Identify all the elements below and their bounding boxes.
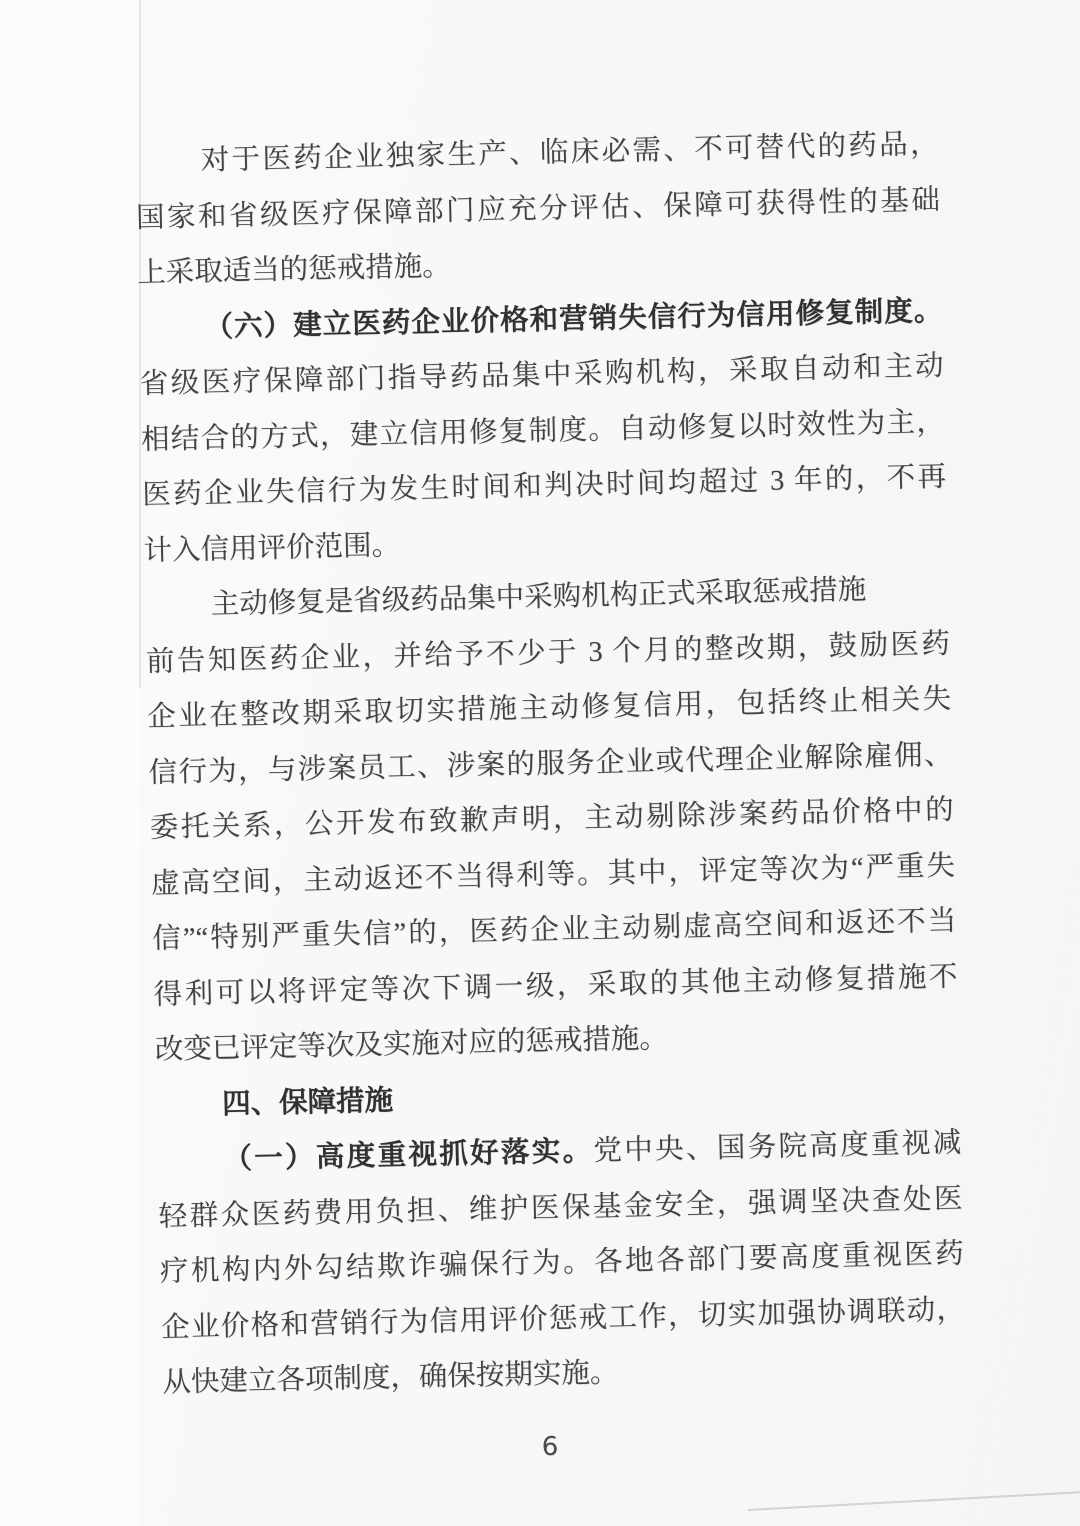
page-left-margin	[0, 0, 139, 1526]
text-segment: 国家和省级医疗保障部门应充分评估、保障可获得性的基础	[136, 184, 940, 233]
page-corner-crease	[748, 1491, 1080, 1511]
text-segment: 省级医疗保障部门指导药品集中采购机构，采取自动和主动	[139, 351, 943, 400]
text-segment: 得利可以将评定等次下调一级，采取的其他主动修复措施不	[153, 961, 957, 1010]
text-segment: 信行为，与涉案员工、涉案的服务企业或代理企业解除雇佣、	[148, 739, 952, 788]
text-segment: 企业在整改期采取切实措施主动修复信用，包括终止相关失	[147, 684, 951, 733]
text-segment: 前告知医药企业，并给予不少于 3 个月的整改期，鼓励医药	[146, 628, 950, 677]
text-segment: 党中央、国务院高度重视减	[593, 1128, 961, 1167]
text-segment: 相结合的方式，建立信用修复制度。自动修复以时效性为主，	[141, 406, 945, 455]
text-segment: 从快建立各项制度，确保按期实施。	[162, 1357, 619, 1398]
text-segment: 上采取适当的惩戒措施。	[137, 251, 451, 289]
document-text: 对于医药企业独家生产、临床必需、不可替代的药品，国家和省级医疗保障部门应充分评估…	[134, 117, 967, 1411]
scanned-page: 对于医药企业独家生产、临床必需、不可替代的药品，国家和省级医疗保障部门应充分评估…	[0, 0, 1080, 1526]
text-segment: 医药企业失信行为发生时间和判决时间均超过 3 年的，不再	[142, 462, 946, 511]
page-number: 6	[500, 1432, 600, 1462]
text-segment: 委托关系，公开发布致歉声明，主动剔除涉案药品价格中的	[149, 795, 953, 844]
text-segment: 企业价格和营销行为信用评价惩戒工作，切实加强协调联动，	[161, 1294, 965, 1343]
text-segment: 改变已评定等次及实施对应的惩戒措施。	[155, 1023, 669, 1066]
text-segment: 轻群众医药费用负担、维护医保基金安全，强调坚决查处医	[158, 1183, 962, 1232]
text-segment: 信”“特别严重失信”的，医药企业主动剔虚高空间和返还不当	[152, 906, 956, 955]
text-segment: 对于医药企业独家生产、临床必需、不可替代的药品，	[200, 129, 939, 177]
bold-text-segment: （六）建立医药企业价格和营销失信行为信用修复制度。	[204, 295, 943, 343]
text-segment: 主动修复是省级药品集中采购机构正式采取惩戒措施	[210, 575, 866, 621]
bold-text-segment: 四、保障措施	[222, 1085, 394, 1120]
text-segment: 计入信用评价范围。	[143, 530, 400, 567]
text-segment: 疗机构内外勾结欺诈骗保行为。各地各部门要高度重视医药	[160, 1239, 964, 1288]
text-segment: 虚高空间，主动返还不当得利等。其中，评定等次为“严重失	[151, 850, 955, 899]
bold-text-segment: （一）高度重视抓好落实。	[223, 1136, 594, 1175]
